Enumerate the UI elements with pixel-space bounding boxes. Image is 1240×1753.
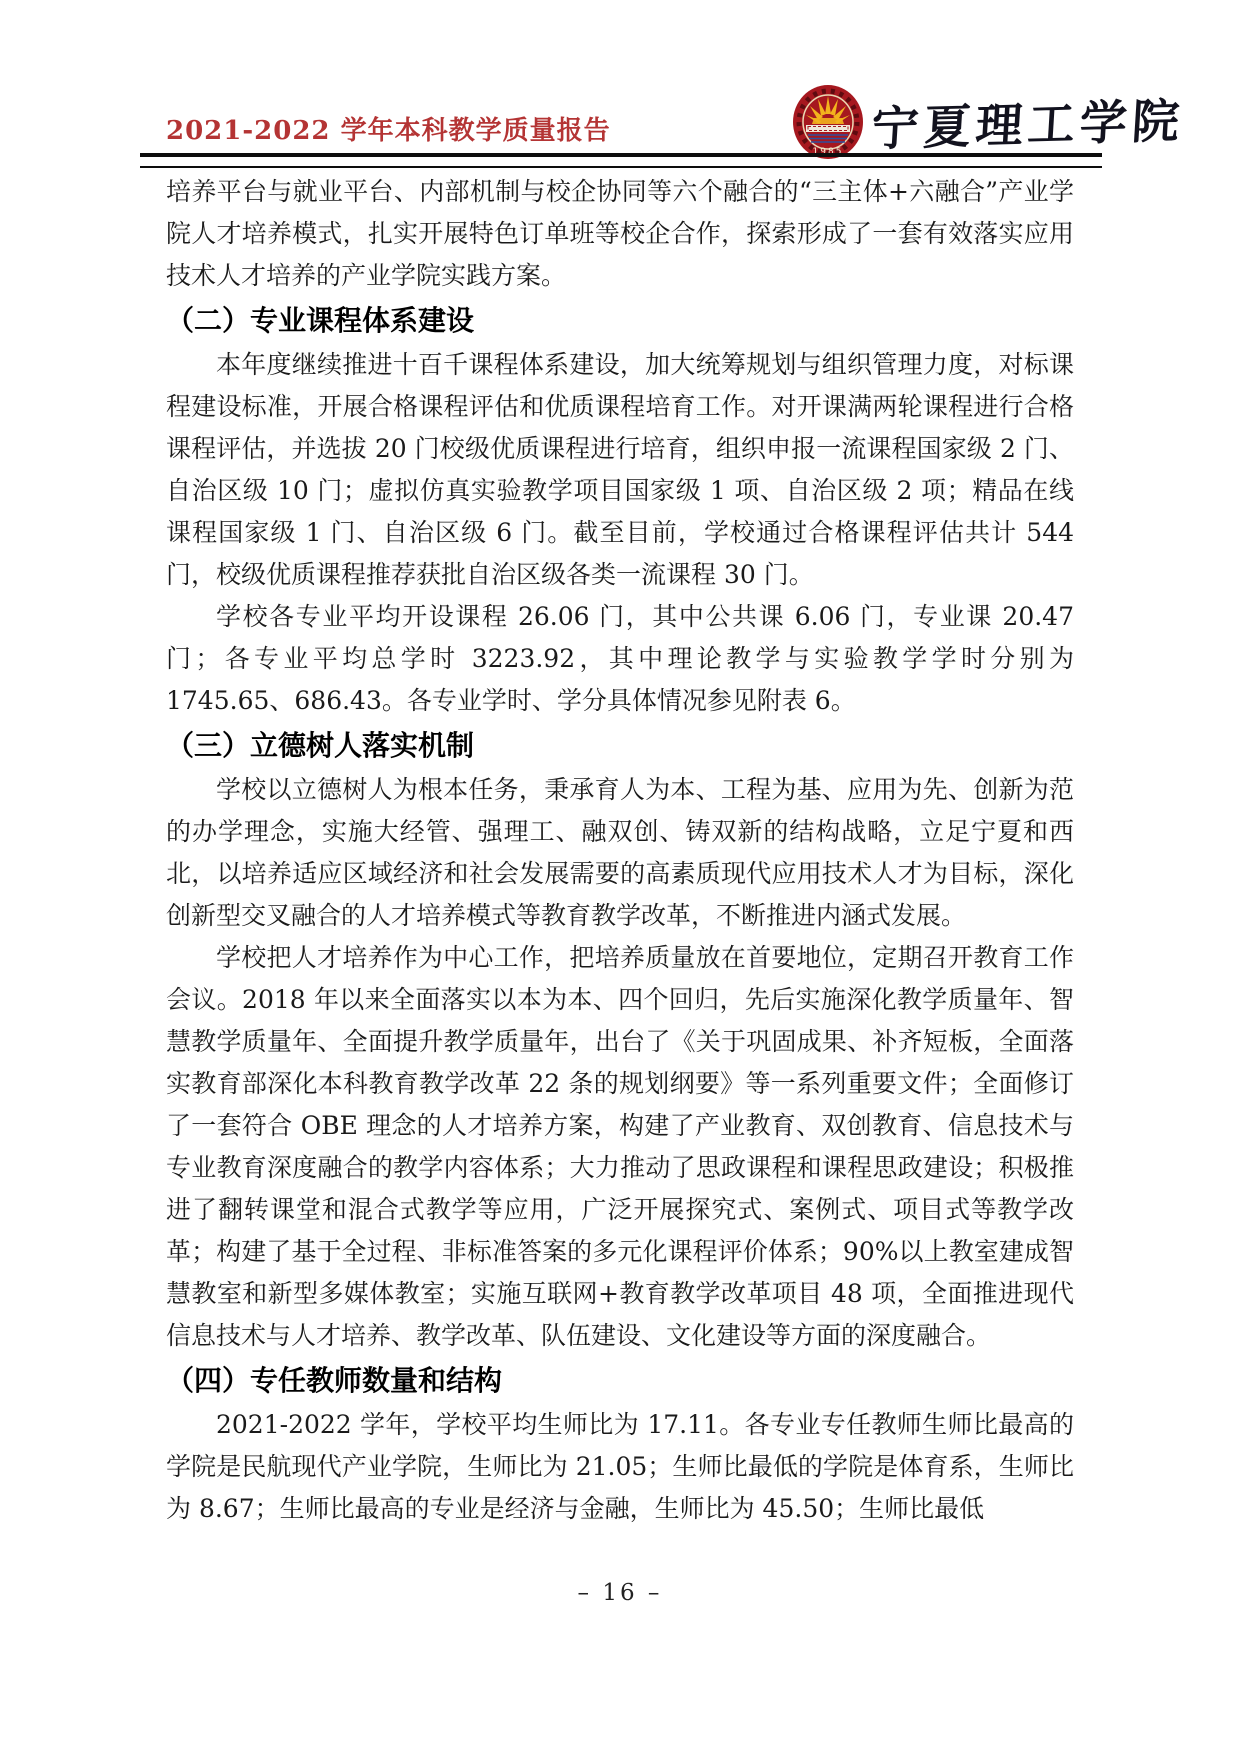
section-heading-3-moral-education: （三）立德树人落实机制	[166, 724, 1074, 768]
paragraph-industry-college-model: 培养平台与就业平台、内部机制与校企协同等六个融合的“三主体+六融合”产业学院人才…	[166, 171, 1074, 297]
school-name-calligraphy: 宁夏理工学院	[870, 84, 1187, 159]
paragraph-moral-education-philosophy: 学校以立德树人为根本任务，秉承育人为本、工程为基、应用为先、创新为范的办学理念，…	[166, 769, 1074, 937]
paragraph-talent-cultivation-reform: 学校把人才培养作为中心工作，把培养质量放在首要地位，定期召开教育工作会议。201…	[166, 937, 1074, 1357]
school-emblem-svg: 1985	[792, 84, 864, 160]
paragraph-teacher-student-ratio: 2021-2022 学年，学校平均生师比为 17.11。各专业专任教师生师比最高…	[166, 1404, 1074, 1530]
section-heading-4-faculty-structure: （四）专任教师数量和结构	[166, 1359, 1074, 1403]
school-emblem-icon: 1985	[792, 84, 864, 160]
report-header-title: 2021-2022 学年本科教学质量报告	[166, 110, 611, 147]
paragraph-course-system-construction: 本年度继续推进十百千课程体系建设，加大统筹规划与组织管理力度，对标课程建设标准，…	[166, 344, 1074, 596]
header-divider-rule	[140, 153, 1102, 168]
page-number: – 16 –	[0, 1580, 1240, 1606]
document-body: 培养平台与就业平台、内部机制与校企协同等六个融合的“三主体+六融合”产业学院人才…	[166, 171, 1074, 1530]
section-heading-2-course-system: （二）专业课程体系建设	[166, 299, 1074, 343]
paragraph-average-courses-stats: 学校各专业平均开设课程 26.06 门，其中公共课 6.06 门，专业课 20.…	[166, 596, 1074, 722]
document-page: 2021-2022 学年本科教学质量报告	[0, 0, 1240, 1753]
